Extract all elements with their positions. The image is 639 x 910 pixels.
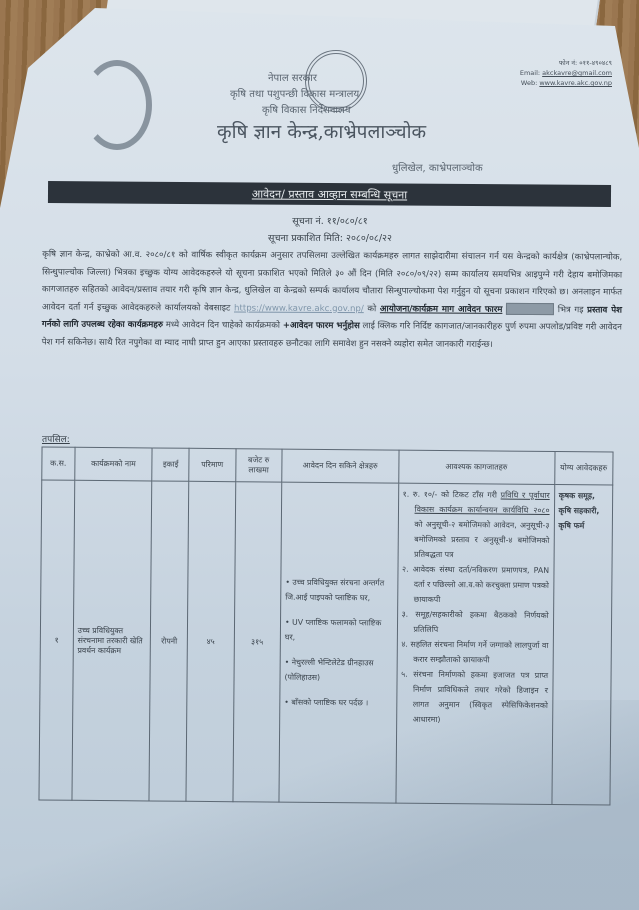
col-areas: आवेदन दिन सकिने क्षेत्रहरु bbox=[282, 449, 399, 483]
body-text: मध्ये आवेदन दिन चाहेको कार्यक्रमको bbox=[166, 320, 280, 331]
col-documents: आवश्यक कागजातहरु bbox=[398, 450, 554, 484]
letterhead-directorate: कृषि विकास निर्देशनालय bbox=[262, 102, 351, 116]
website-url-link[interactable]: https://www.kavre.akc.gov.np/ bbox=[234, 303, 364, 314]
notice-title-banner: आवेदन/ प्रस्ताव आव्हान सम्बन्धि सूचना bbox=[48, 181, 611, 207]
document-item: ३. समूह/सहकारीको हकमा बैठकको निर्णयको प्… bbox=[401, 607, 548, 638]
email-link[interactable]: akckavre@gmail.com bbox=[542, 69, 612, 77]
col-program: कार्यक्रमको नाम bbox=[74, 447, 152, 481]
website-link[interactable]: www.kavre.akc.gov.np bbox=[539, 79, 612, 87]
area-item: • UV प्लाष्टिक फलामको प्लाष्टिक घर, bbox=[285, 615, 393, 646]
phone-number: फोन नं: ०११-४९०४८९ bbox=[472, 58, 612, 68]
web-label: Web: bbox=[521, 79, 537, 87]
cell-areas: • उच्च प्रविधियुक्त संरचना अन्तर्गत जि.आ… bbox=[279, 482, 398, 803]
col-eligible: योग्य आवेदकहरु bbox=[554, 451, 613, 485]
cell-program: उच्च प्रविधियुक्त संरचनामा तरकारी खेति प… bbox=[72, 480, 153, 801]
cell-unit: रोपनी bbox=[149, 481, 188, 801]
office-name: कृषि ज्ञान केन्द्र,काभ्रेपलाञ्चोक bbox=[217, 118, 426, 144]
email-label: Email: bbox=[520, 69, 540, 77]
document-item: ४. सहलित संरचना निर्माण गर्ने जग्गाको ला… bbox=[401, 637, 548, 668]
area-item: • नेचुरल्ली भेन्टिलेटेड ग्रीनहाउस (पोलिह… bbox=[284, 655, 392, 686]
document-item: ५. संरचना निर्माणको हकमा इजाजत पत्र प्रा… bbox=[401, 667, 549, 728]
cell-sn: १ bbox=[39, 480, 75, 800]
document-item: १. रु. १०/- को टिकट टाँस गरी प्रविधि र प… bbox=[402, 487, 550, 563]
government-emblem-icon bbox=[82, 60, 152, 150]
program-table: क.स. कार्यक्रमको नाम इकाई परिमाण बजेट रु… bbox=[38, 447, 613, 806]
notice-body: कृषि ज्ञान केन्द्र, काभ्रेको आ.व. २०८०/८… bbox=[42, 246, 623, 354]
area-item: • उच्च प्रविधियुक्त संरचना अन्तर्गत जि.आ… bbox=[285, 575, 393, 606]
area-item: • बाँसको प्लाष्टिक घर पर्दछ । bbox=[284, 695, 392, 711]
publish-date: सूचना प्रकाशित मिति: २०८०/०८/२२ bbox=[40, 231, 620, 244]
col-quantity: परिमाण bbox=[189, 448, 236, 481]
notice-number: सूचना नं. ११/०८०/८१ bbox=[40, 214, 620, 227]
cell-documents: १. रु. १०/- को टिकट टाँस गरी प्रविधि र प… bbox=[396, 483, 555, 804]
document-item: २. आवेदक संस्था दर्ता/नविकरण प्रमाणपत्र,… bbox=[402, 562, 549, 608]
contact-block: फोन नं: ०११-४९०४८९ Email: akckavre@gmail… bbox=[472, 58, 612, 88]
cell-budget: ३१५ bbox=[233, 482, 282, 802]
col-unit: इकाई bbox=[152, 448, 189, 481]
cell-quantity: ४५ bbox=[186, 481, 235, 801]
table-header-row: क.स. कार्यक्रमको नाम इकाई परिमाण बजेट रु… bbox=[42, 447, 613, 485]
form-button-image bbox=[506, 303, 554, 315]
office-location: धुलिखेल, काभ्रेपलाञ्चोक bbox=[392, 160, 483, 174]
details-label: तपसिल: bbox=[42, 432, 70, 445]
table-row: १ उच्च प्रविधियुक्त संरचनामा तरकारी खेति… bbox=[39, 480, 613, 805]
notice-title: आवेदन/ प्रस्ताव आव्हान सम्बन्धि सूचना bbox=[252, 186, 407, 202]
fill-form-text: +आवेदन फारम भर्नुहोस bbox=[283, 321, 360, 331]
body-text: को bbox=[367, 304, 376, 314]
form-link[interactable]: आयोजना/कार्यक्रम माग आवेदन फारम bbox=[380, 304, 503, 315]
body-text: भित्र गइ bbox=[558, 305, 584, 315]
letterhead-line1: नेपाल सरकार bbox=[268, 70, 317, 84]
cell-eligible: कृषक समूह, कृषि सहकारी, कृषि फर्म bbox=[552, 484, 613, 804]
col-budget: बजेट रु लाखमा bbox=[235, 449, 282, 482]
col-sn: क.स. bbox=[42, 447, 75, 480]
letterhead-ministry: कृषि तथा पशुपन्छी विकास मन्त्रालय bbox=[230, 86, 359, 100]
